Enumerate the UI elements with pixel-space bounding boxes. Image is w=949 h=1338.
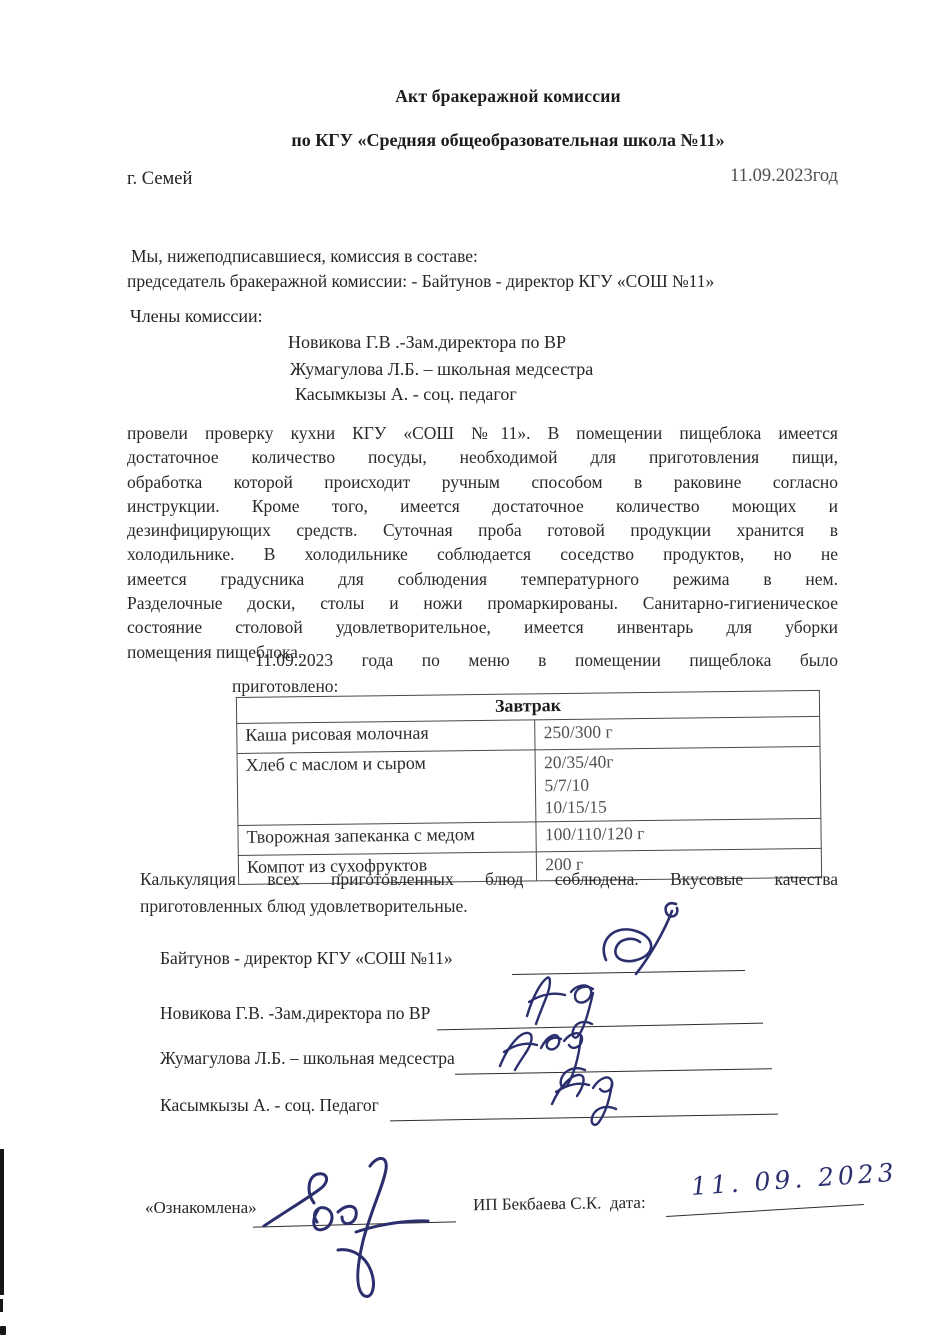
handwritten-date: 11. 09. 2023 xyxy=(690,1158,899,1201)
signature-label-director: Байтунов - директор КГУ «СОШ №11» xyxy=(160,948,453,969)
paragraph-line: провели проверку кухни КГУ «СОШ №11». В … xyxy=(127,421,838,445)
paragraph-line: дезинфицирующих средств. Суточная проба … xyxy=(127,518,838,542)
date-line xyxy=(666,1204,864,1217)
portion-cell: 20/35/40г 5/7/10 10/15/15 xyxy=(535,746,820,821)
entity-name: ИП Бекбаева С.К. xyxy=(473,1193,602,1214)
menu-intro-line-2: приготовлено: xyxy=(232,676,338,697)
entity-label: ИП Бекбаева С.К. дата: xyxy=(473,1193,646,1215)
signature-ink-kasymkyzy xyxy=(542,1052,662,1132)
breakfast-menu-table: Завтрак Каша рисовая молочная 250/300 г … xyxy=(236,690,822,885)
signature-label-kasymkyzy: Касымкызы А. - соц. Педагог xyxy=(160,1095,379,1116)
scanned-document-page: Акт бракеражной комиссии по КГУ «Средняя… xyxy=(0,0,949,1338)
scan-edge-artifact xyxy=(0,1299,3,1312)
member-item: Новикова Г.В .-Зам.директора по ВР xyxy=(288,332,566,353)
portion-cell: 250/300 г xyxy=(535,716,820,749)
signature-label-novikova: Новикова Г.В. -Зам.директора по ВР xyxy=(160,1003,430,1024)
dish-cell: Каша рисовая молочная xyxy=(237,720,536,754)
document-title: Акт бракеражной комиссии xyxy=(127,86,889,107)
paragraph-line: инструкции. Кроме того, имеется достаточ… xyxy=(127,494,838,518)
document-subtitle: по КГУ «Средняя общеобразовательная школ… xyxy=(127,130,889,151)
signature-label-zhumagulova: Жумагулова Л.Б. – школьная медсестра xyxy=(160,1048,455,1069)
conclusion-line: Калькуляция всех приготовленных блюд соб… xyxy=(140,866,838,893)
date-word-label: дата: xyxy=(610,1193,646,1212)
city-label: г. Семей xyxy=(127,169,192,190)
portion-cell: 100/110/120 г xyxy=(536,818,821,851)
dish-cell: Творожная запеканка с медом xyxy=(238,822,537,856)
members-title: Члены комиссии: xyxy=(130,306,263,327)
paragraph-line: Разделочные доски, столы и ножи промарки… xyxy=(127,591,838,615)
conclusion-line: приготовленных блюд удовлетворительные. xyxy=(140,893,838,920)
table-row: Хлеб с маслом и сыром 20/35/40г 5/7/10 1… xyxy=(237,746,821,825)
paragraph-line: состояние столовой удовлетворительное, и… xyxy=(127,615,838,639)
document-date: 11.09.2023год xyxy=(730,166,838,187)
intro-line-2: председатель бракеражной комиссии: - Бай… xyxy=(127,271,714,292)
scan-edge-artifact xyxy=(0,1149,4,1295)
paragraph-line: холодильнике. В холодильнике соблюдается… xyxy=(127,542,838,566)
paragraph-line: обработка которой происходит ручным спос… xyxy=(127,470,838,494)
acknowledged-label: «Ознакомлена» xyxy=(145,1198,257,1218)
member-item: Жумагулова Л.Б. – школьная медсестра xyxy=(290,359,593,380)
conclusion-paragraph: Калькуляция всех приготовленных блюд соб… xyxy=(140,866,838,919)
intro-line-1: Мы, нижеподписавшиеся, комиссия в состав… xyxy=(131,246,478,267)
dish-cell: Хлеб с маслом и сыром xyxy=(237,750,536,826)
scan-edge-artifact xyxy=(0,1326,6,1335)
member-item: Касымкызы А. - соц. педагог xyxy=(295,384,517,405)
signature-ink-bekbaeva xyxy=(258,1148,478,1308)
body-paragraph: провели проверку кухни КГУ «СОШ №11». В … xyxy=(127,421,838,664)
paragraph-line: достаточное количество посуды, необходим… xyxy=(127,445,838,469)
menu-intro-line-1: 11.09.2023 года по меню в помещении пище… xyxy=(255,650,838,671)
paragraph-line: имеется градусника для соблюдения темпер… xyxy=(127,567,838,591)
